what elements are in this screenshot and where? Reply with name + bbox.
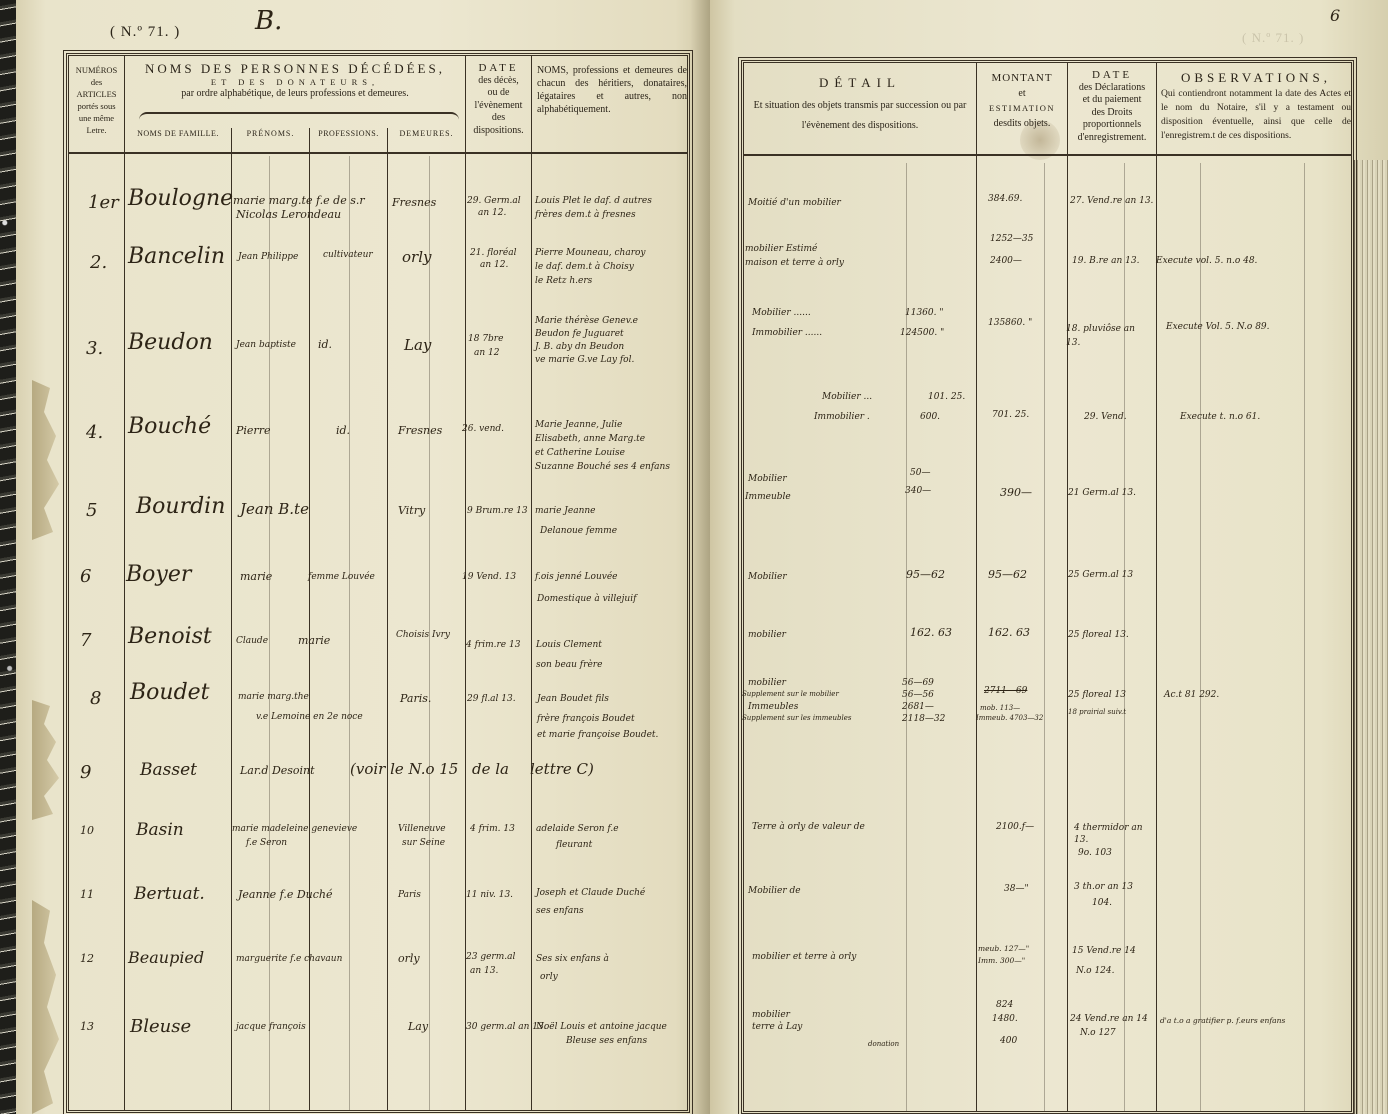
entry-surname: Bleuse [130, 1016, 191, 1037]
entry-demeure: Fresnes [392, 196, 436, 209]
entry-amount: 390— [1000, 486, 1032, 499]
col-divider [531, 56, 532, 1110]
entry-heirs-line2: ses enfans [536, 906, 584, 916]
entry-amount: 701. 25. [992, 410, 1029, 420]
entry-number: 12 [80, 952, 94, 965]
entry-prenoms: Jean Philippe [238, 252, 298, 262]
entry-prenoms: jacque françois [236, 1022, 306, 1032]
entry-profession: femme Louvée [308, 572, 375, 582]
entry-detail: mobilier [748, 678, 786, 688]
entry-heirs-line2: Bleuse ses enfans [566, 1036, 647, 1046]
entry-prenoms: Jean B.te [240, 500, 309, 518]
entry-date-line2: 18 prairial suiv.t [1068, 708, 1126, 716]
entry-heirs: Ses six enfans à [536, 954, 609, 964]
entry-date-line2: an 13. [470, 966, 498, 976]
entry-prenoms: marie marg.the [238, 692, 309, 702]
entry-demeure: Paris [398, 890, 421, 900]
entry-surname: Benoist [128, 624, 212, 649]
col-divider [1156, 63, 1157, 1111]
header-detail: DÉTAIL Et situation des objets transmis … [744, 77, 976, 136]
entry-amount: 162. 63 [988, 626, 1030, 639]
header-rule [69, 152, 687, 154]
entry-heirs: marie Jeanne [535, 506, 596, 516]
entry-heirs-line2: son beau frère [536, 660, 602, 670]
header-date-declarations: DATE des Déclarations et du paiement des… [1068, 69, 1156, 144]
entry-detail-amount-line2: 124500. " [900, 328, 944, 338]
entry-date: 4 frim.re 13 [466, 640, 520, 650]
entry-detail-line2: Immobilier . [814, 412, 870, 422]
letter-mark: B. [255, 6, 282, 36]
entry-number: 7 [80, 630, 91, 651]
entry-detail-line4: Supplement sur les immeubles [742, 714, 851, 722]
header-date: DATE des décès, ou de l'évènement des di… [466, 62, 531, 137]
brace [139, 112, 459, 120]
entry-heirs-line2: frère françois Boudet [537, 714, 635, 724]
entry-amount: 2100.f— [996, 822, 1034, 832]
entry-prenoms-line2: v.e Lemoine en 2e noce [256, 712, 363, 722]
entry-number: 4. [86, 422, 103, 443]
entry-prenoms: marie madeleine genevieve [232, 824, 357, 834]
entry-heirs: Marie thérèse Genev.e [535, 316, 638, 326]
entry-date-line2: N.o 124. [1076, 966, 1114, 976]
header-montant: MONTANT et ESTIMATION desdits objets. [977, 71, 1067, 131]
entry-detail: Mobilier ... [822, 392, 872, 402]
col-divider [231, 128, 232, 1110]
entry-date: 11 niv. 13. [466, 890, 513, 900]
entry-date: 25 floreal 13 [1068, 690, 1126, 700]
entry-detail: Mobilier ...... [752, 308, 811, 318]
entry-detail-line2: maison et terre à orly [745, 258, 844, 268]
entry-detail-line3: Immeubles [748, 702, 798, 712]
ruling [1304, 163, 1305, 1111]
entry-amount: 384.69. [988, 194, 1022, 204]
header-numeros: NUMÉROS des ARTICLES portés sous une mêm… [69, 64, 124, 136]
entry-heirs: Jean Boudet fils [537, 694, 609, 704]
entry-date-line2: 104. [1092, 898, 1112, 908]
entry-surname: Bourdin [136, 494, 225, 519]
ruling [1044, 163, 1045, 1111]
entry-reference-cont: de la [472, 760, 509, 778]
entry-date: 18 7bre [468, 334, 503, 344]
header-noms: NOMS DES PERSONNES DÉCÉDÉES, ET DES DONA… [125, 63, 465, 101]
entry-heirs: adelaide Seron f.e [536, 824, 619, 834]
entry-heirs: Joseph et Claude Duché [536, 888, 645, 898]
torn-edge [32, 380, 62, 540]
entry-detail: Terre à orly de valeur de [752, 822, 865, 832]
entry-number: 9 [80, 762, 91, 783]
entry-detail-amount: 56—69 [902, 678, 934, 688]
entry-date-line2: an 12 [474, 348, 499, 358]
entry-date: 29 fl.al 13. [467, 694, 516, 704]
entry-number: 10 [80, 824, 94, 837]
entry-heirs: f.ois jenné Louvée [535, 572, 617, 582]
entry-surname: Basset [140, 760, 197, 780]
entry-surname: Boudet [130, 680, 210, 705]
entry-number: 1er [88, 192, 119, 213]
entry-detail: mobilier [748, 630, 786, 640]
header-prenoms: PRÉNOMS. [232, 128, 309, 141]
entry-date: 30 germ.al an 13. [466, 1022, 547, 1032]
entry-demeure-line2: sur Seine [402, 838, 445, 848]
entry-observation: d'a t.o a gratifier p. f.eurs enfans [1160, 1016, 1285, 1025]
entry-demeure: Fresnes [398, 424, 442, 437]
entry-detail-line2: Immobilier ...... [752, 328, 822, 338]
entry-demeure: Choisis Ivry [396, 628, 456, 642]
entry-reference-end: lettre C) [530, 760, 594, 778]
entry-detail-line2: Supplement sur le mobilier [742, 690, 839, 698]
entry-surname: Bancelin [128, 244, 225, 269]
form-number: ( N.º 71. ) [110, 24, 180, 41]
entry-heirs: Marie Jeanne, Julie [535, 420, 622, 430]
entry-heirs-line2: Elisabeth, anne Marg.te [535, 434, 645, 444]
entry-amount-line2: mob. 113— [980, 704, 1020, 712]
page-number: 6 [1330, 6, 1340, 25]
entry-detail-line2: terre à Lay [752, 1022, 802, 1032]
entry-heirs: Noël Louis et antoine jacque [536, 1022, 667, 1032]
entry-detail-line3: donation [868, 1040, 899, 1048]
entry-date: 4 frim. 13 [470, 824, 515, 834]
entry-date-line2: 9o. 103 [1078, 848, 1112, 858]
entry-demeure: Villeneuve [398, 824, 446, 834]
torn-edge [32, 900, 62, 1114]
entry-date: 25 floreal 13. [1068, 630, 1129, 640]
header-noms-de-famille: NOMS DE FAMILLE. [125, 128, 231, 141]
torn-edge [32, 700, 62, 820]
entry-date: 26. vend. [462, 424, 504, 434]
entry-surname: Basin [136, 820, 184, 840]
entry-date: 23 germ.al [466, 952, 515, 962]
entry-date: 19. B.re an 13. [1072, 256, 1139, 266]
header-rule [744, 154, 1351, 156]
entry-date: 24 Vend.re an 14 [1070, 1014, 1148, 1024]
col-divider [387, 128, 388, 1110]
entry-number: 6 [80, 566, 91, 587]
entry-amount-line3: 400 [1000, 1036, 1017, 1046]
entry-amount-line2: Imm. 300—" [978, 956, 1025, 965]
header-demeures: DEMEURES. [388, 128, 465, 141]
bleed-through-mark: ( N.º 71. ) [1242, 30, 1304, 46]
book-cover-marbled [0, 0, 16, 1114]
header-professions: PROFESSIONS. [310, 128, 387, 141]
entry-date: 3 th.or an 13 [1074, 882, 1133, 892]
entry-reference: (voir le N.o 15 [350, 760, 458, 778]
col-divider [976, 63, 977, 1111]
entry-prenoms: Lar.d Desoint [240, 764, 315, 777]
entry-demeure: Vitry [398, 504, 425, 517]
entry-demeure: Lay [408, 1020, 428, 1033]
entry-surname: Beudon [128, 330, 213, 355]
entry-surname: Bouché [128, 414, 211, 439]
entry-demeure: orly [398, 952, 420, 965]
entry-observation: Ac.t 81 292. [1164, 690, 1219, 700]
entry-observation: Execute Vol. 5. N.o 89. [1166, 322, 1270, 332]
ruling [1200, 163, 1201, 1111]
entry-date: 4 thermidor an 13. [1074, 822, 1154, 846]
entry-heirs-line4: ve marie G.ve Lay fol. [535, 355, 634, 365]
entry-heirs-line2: orly [540, 972, 558, 982]
entry-prenoms-line2: Nicolas Lerondeau [236, 208, 341, 221]
entry-heirs-line4: Suzanne Bouché ses 4 enfans [535, 462, 670, 472]
header-heritiers: NOMS, professions et demeures de chacun … [537, 64, 687, 116]
entry-detail-amount: 95—62 [906, 568, 945, 581]
entry-prenoms: Jeanne f.e Duché [238, 888, 333, 901]
entry-number: 3. [86, 338, 103, 359]
entry-prenoms: Claude [236, 636, 268, 646]
entry-prenoms: marguerite f.e chavaun [236, 954, 342, 964]
ruling [269, 156, 270, 1110]
entry-number: 8 [90, 688, 101, 709]
entry-amount: 1252—35 [990, 234, 1033, 244]
ruling [349, 156, 350, 1110]
entry-heirs-line3: et marie françoise Boudet. [537, 730, 658, 740]
entry-detail-amount: 50— [910, 468, 930, 478]
entry-heirs-line2: fleurant [556, 840, 592, 850]
entry-date: 15 Vend.re 14 [1072, 946, 1136, 956]
entry-amount: 95—62 [988, 568, 1027, 581]
entry-surname: Beaupied [128, 948, 204, 967]
entry-detail-amount-line4: 2118—32 [902, 714, 945, 724]
entry-profession: id. [318, 338, 332, 351]
entry-amount: 824 [996, 1000, 1013, 1010]
col-divider [1067, 63, 1068, 1111]
entry-heirs-line2: Delanoue femme [540, 526, 617, 536]
entry-date: 29. Germ.al [467, 196, 521, 206]
entry-date: 25 Germ.al 13 [1068, 570, 1133, 580]
entry-prenoms: Pierre [236, 424, 270, 437]
entry-detail-amount: 101. 25. [928, 392, 965, 402]
entry-detail-amount-line2: 340— [905, 486, 931, 496]
entry-detail-amount-line2: 600. [920, 412, 940, 422]
entry-profession: id. [336, 424, 350, 437]
entry-number: 5 [86, 500, 97, 521]
entry-date: 9 Brum.re 13 [467, 506, 528, 516]
entry-detail-amount-line2: 56—56 [902, 690, 934, 700]
entry-observation: Execute t. n.o 61. [1180, 412, 1260, 422]
entry-prenoms-line2: f.e Seron [246, 838, 287, 848]
entry-number: 11 [80, 888, 94, 901]
entry-prenoms: Jean baptiste [236, 340, 296, 350]
entry-surname: Boyer [126, 562, 191, 587]
entry-demeure: Lay [404, 336, 431, 354]
ruling [906, 163, 907, 1111]
entry-amount: meub. 127—" [978, 944, 1029, 953]
entry-amount-line2: 2400— [990, 256, 1022, 266]
header-observations: OBSERVATIONS, Qui contiendront notamment… [1157, 71, 1355, 143]
entry-date-line2: N.o 127 [1080, 1028, 1116, 1038]
entry-amount-line2: 1480. [992, 1014, 1018, 1024]
page-stack-edges [1354, 160, 1388, 1114]
entry-detail-amount: 11360. " [905, 308, 944, 318]
entry-observation: Execute vol. 5. n.o 48. [1156, 256, 1257, 266]
entry-date-line2: an 12. [478, 208, 506, 218]
entry-detail: mobilier et terre à orly [752, 952, 856, 962]
entry-amount: 135860. " [988, 318, 1032, 328]
entry-heirs-line2: le daf. dem.t à Choisy [535, 262, 634, 272]
entry-heirs: Louis Clement [536, 640, 602, 650]
entry-heirs: Pierre Mouneau, charoy [535, 248, 646, 258]
entry-profession: marie [298, 634, 330, 647]
entry-surname: Bertuat. [134, 884, 205, 904]
entry-detail-amount: 162. 63 [910, 626, 952, 639]
entry-prenoms: marie [240, 570, 272, 583]
entry-detail: Mobilier [748, 572, 787, 582]
entry-heirs-line3: J. B. aby dn Beudon [535, 342, 624, 352]
entry-detail: mobilier [752, 1010, 790, 1020]
entry-date: 29. Vend. [1084, 412, 1127, 422]
col-divider [124, 56, 125, 1110]
entry-heirs: Louis Plet le daf. d autres [535, 196, 652, 206]
entry-date: 21 Germ.al 13. [1068, 488, 1136, 498]
entry-amount: 2711—69 [984, 686, 1027, 696]
entry-date: 21. floréal [470, 248, 516, 258]
entry-heirs-line2: frères dem.t à fresnes [535, 210, 636, 220]
entry-date: 27. Vend.re an 13. [1070, 196, 1153, 206]
entry-amount: 38—" [1004, 884, 1029, 894]
entry-heirs-line2: Beudon fe Juguaret [535, 329, 624, 339]
entry-amount-line3: Immeub. 4703—32 [976, 714, 1043, 722]
entry-prenoms: marie marg.te f.e de s.r [233, 194, 365, 207]
entry-detail: Mobilier [748, 474, 787, 484]
entry-number: 13 [80, 1020, 94, 1033]
entry-number: 2. [90, 252, 107, 273]
entry-date-line2: an 12. [480, 260, 508, 270]
entry-profession: cultivateur [323, 250, 373, 260]
entry-detail-line2: Immeuble [745, 492, 791, 502]
entry-detail: mobilier Estimé [745, 244, 817, 254]
entry-detail: Mobilier de [748, 886, 801, 896]
entry-surname: Boulogne [128, 186, 233, 211]
entry-detail: Moitié d'un mobilier [748, 198, 841, 208]
entry-heirs-line3: le Retz h.ers [535, 276, 592, 286]
entry-date: 18. pluviôse an 13. [1066, 322, 1136, 350]
entry-detail-amount-line3: 2681— [902, 702, 934, 712]
entry-heirs-line2: Domestique à villejuif [537, 594, 636, 604]
entry-heirs-line3: et Catherine Louise [535, 448, 625, 458]
entry-demeure: Paris. [400, 692, 431, 705]
entry-demeure: orly [402, 248, 431, 266]
entry-date: 19 Vend. 13 [462, 572, 516, 582]
